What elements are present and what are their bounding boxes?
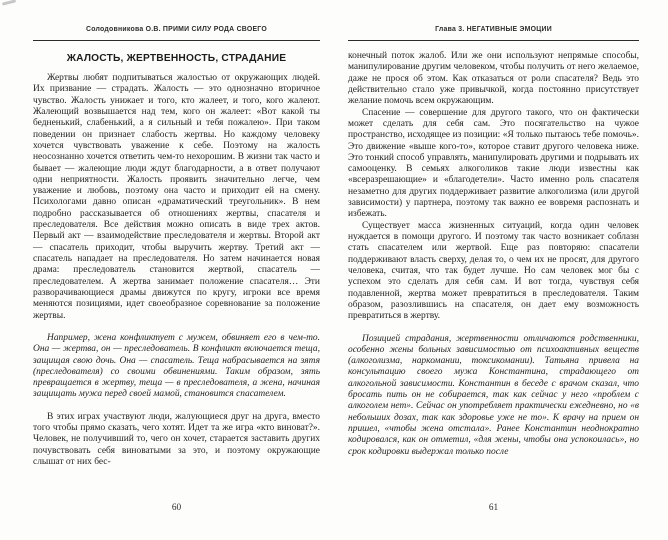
- body-text-left: Жертвы любят подпитываться жалостью от о…: [33, 73, 320, 468]
- page-left: Солодовникова О.В. ПРИМИ СИЛУ РОДА СВОЕГ…: [33, 0, 320, 540]
- running-head-right: Глава 3. НЕГАТИВНЫЕ ЭМОЦИИ: [348, 26, 639, 33]
- header-rule-left: [33, 40, 320, 41]
- page-number-left: 60: [33, 503, 320, 513]
- paragraph-example-italic: Позицией страдания, жертвенности отличаю…: [348, 334, 639, 458]
- paragraph: В этих играх участвуют люди, жалующиеся …: [33, 412, 320, 469]
- paragraph: Существует масса жизненных ситуаций, ког…: [348, 221, 639, 323]
- book-spread: Солодовникова О.В. ПРИМИ СИЛУ РОДА СВОЕГ…: [0, 0, 668, 540]
- header-rule-right: [348, 40, 639, 41]
- paragraph-example-italic: Например, жена конфликтует с мужем, обви…: [33, 333, 320, 401]
- paragraph: Спасение — совершение для другого такого…: [348, 108, 639, 221]
- paragraph-continuation: конечный поток жалоб. Или же они использ…: [348, 51, 639, 108]
- body-text-right: конечный поток жалоб. Или же они использ…: [348, 51, 639, 458]
- paragraph: Жертвы любят подпитываться жалостью от о…: [33, 73, 320, 322]
- running-head-left: Солодовникова О.В. ПРИМИ СИЛУ РОДА СВОЕГ…: [33, 26, 320, 33]
- scan-artifact: [2, 0, 16, 6]
- page-right: Глава 3. НЕГАТИВНЫЕ ЭМОЦИИ конечный пото…: [348, 0, 639, 540]
- page-number-right: 61: [348, 503, 639, 513]
- section-heading: ЖАЛОСТЬ, ЖЕРТВЕННОСТЬ, СТРАДАНИЕ: [33, 53, 320, 64]
